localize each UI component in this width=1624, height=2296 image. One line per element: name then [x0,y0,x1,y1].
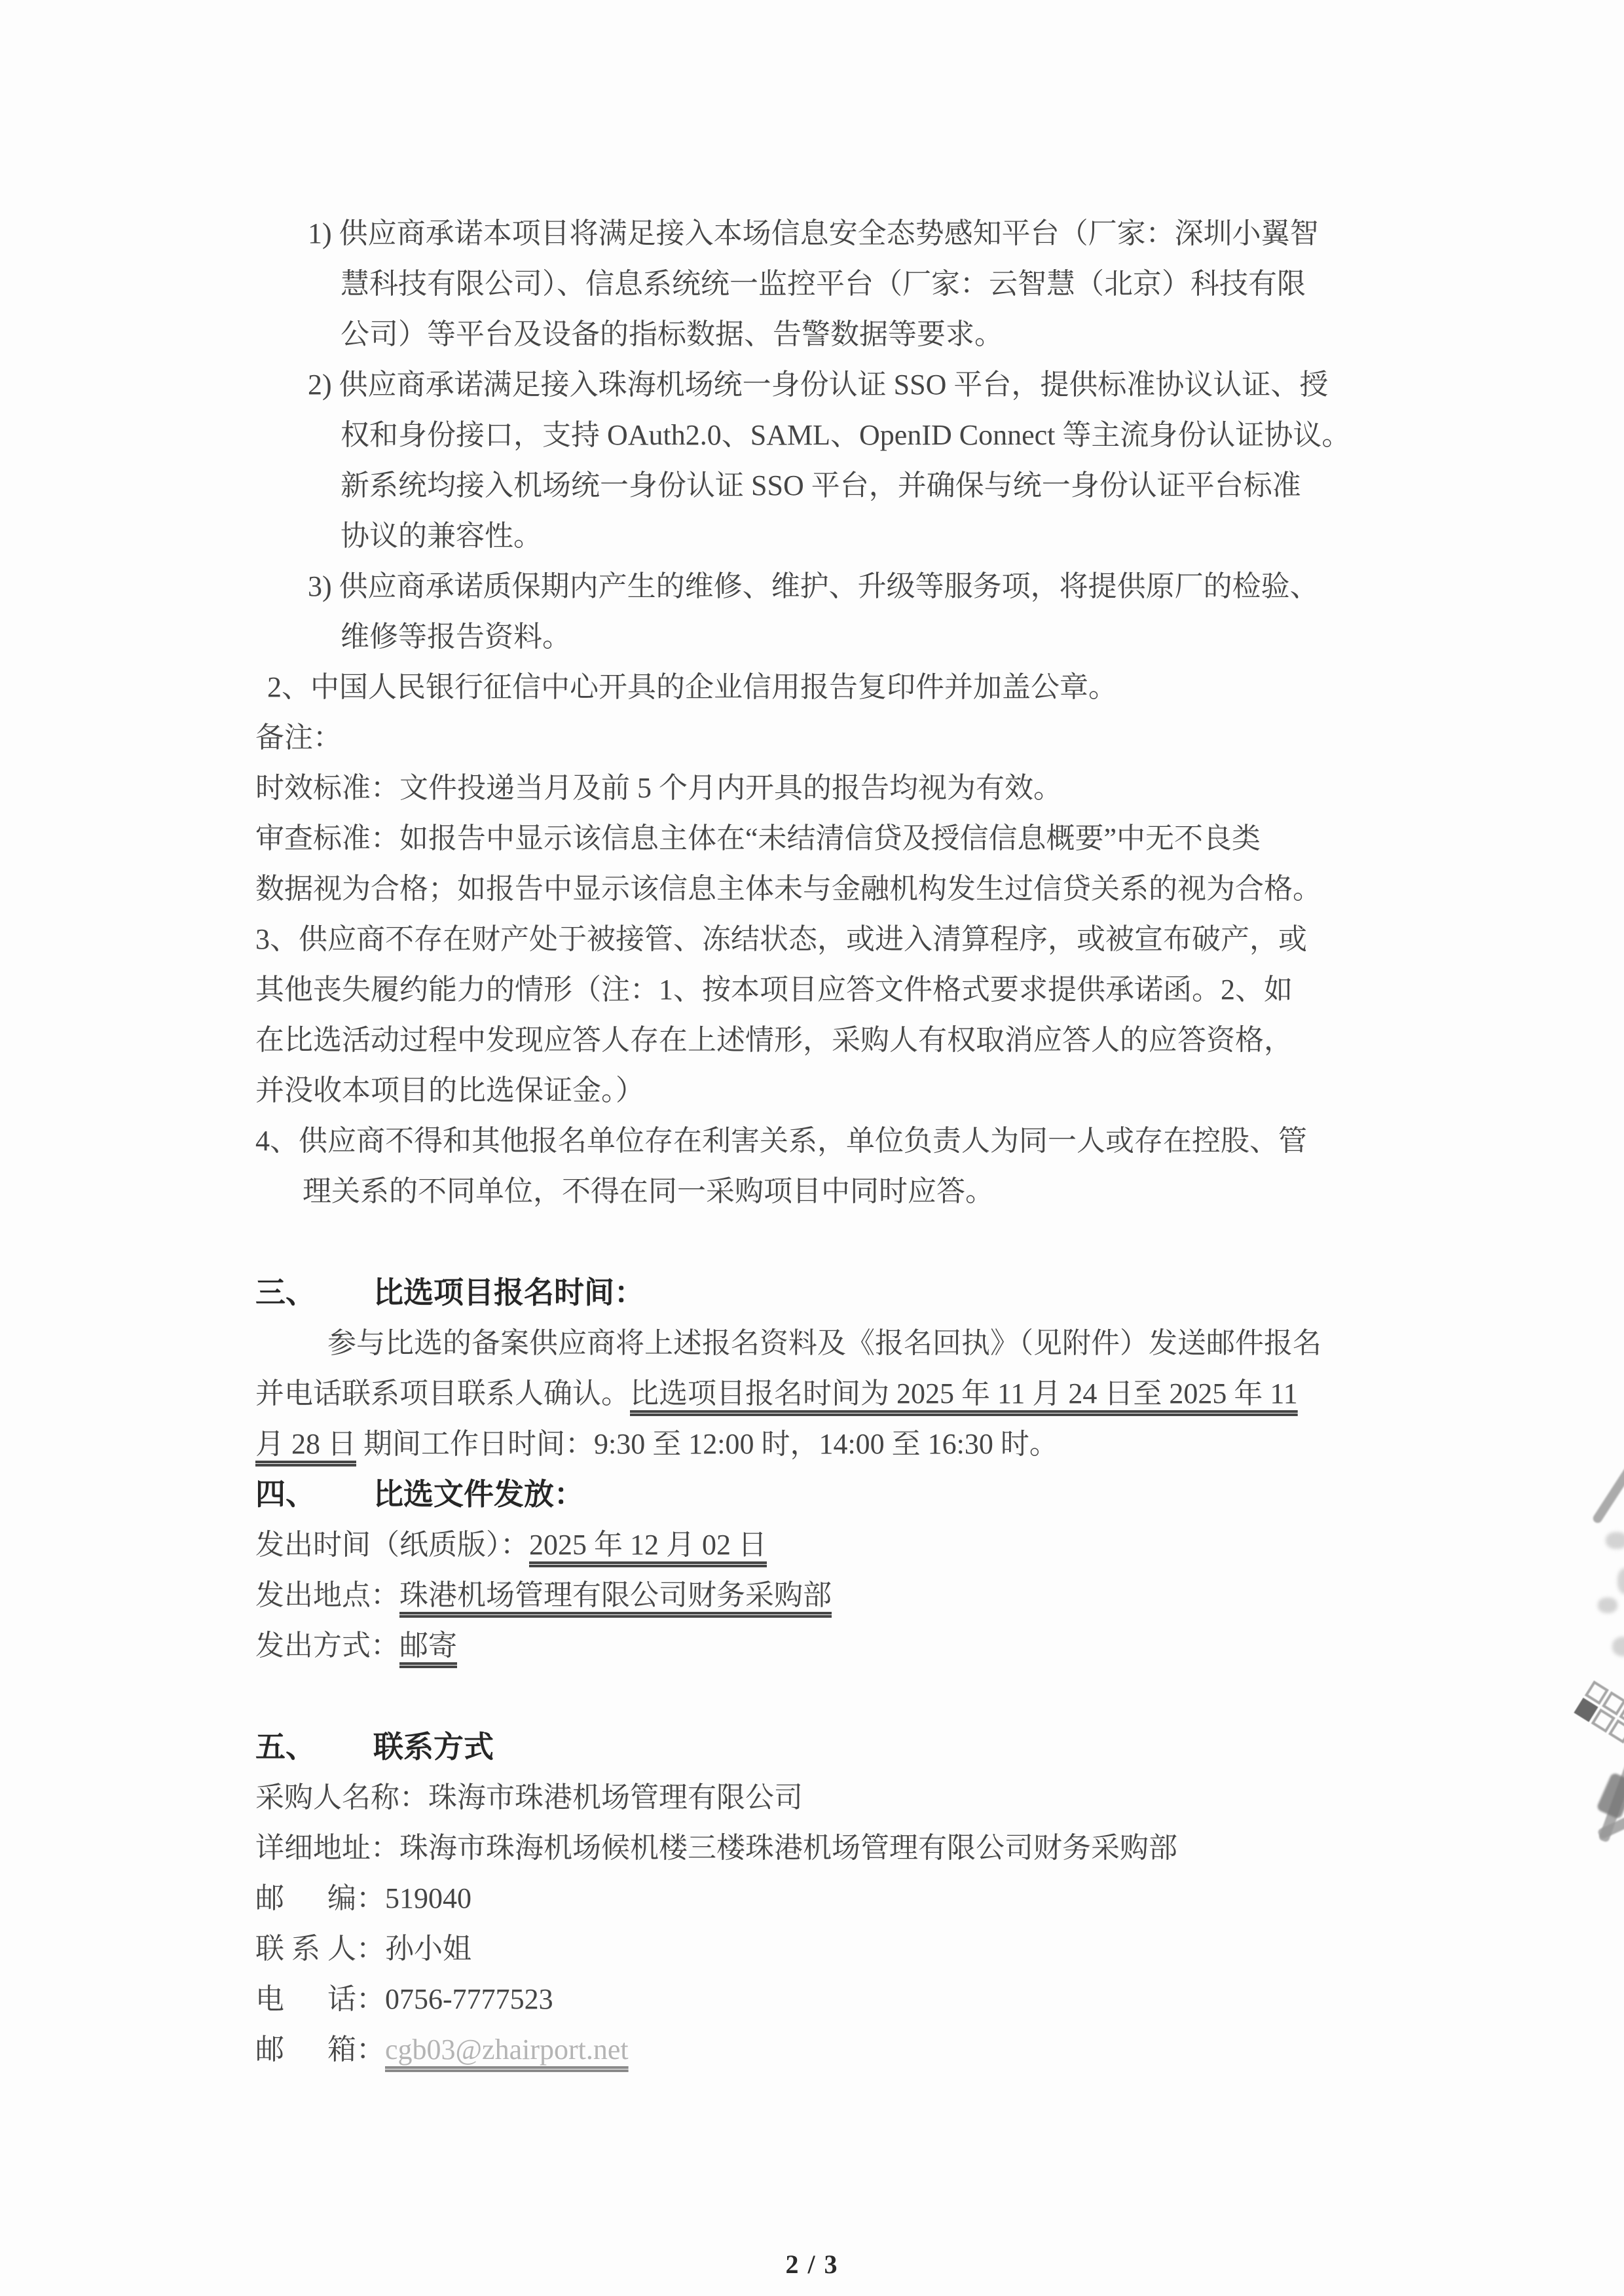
text-segment: 发出时间（纸质版）： [255,1529,529,1561]
registration-paragraph-line: 并电话联系项目联系人确认。比选项目报名时间为 2025 年 11 月 24 日至… [0,1368,1624,1419]
underlined-text: 邮寄 [399,1630,457,1662]
page-number: 2 / 3 [0,2249,1624,2280]
scanned-document-page: 1) 供应商承诺本项目将满足接入本场信息安全态势感知平台（厂家：深圳小翼智慧科技… [0,0,1624,2296]
text-segment: 理关系的不同单位，不得在同一采购项目中同时应答。 [303,1175,994,1207]
issue-date-line: 发出时间（纸质版）：2025 年 12 月 02 日 [0,1520,1624,1570]
text-segment: 比选文件发放： [373,1478,584,1511]
text-segment: 并没收本项目的比选保证金。） [255,1074,644,1106]
text-segment: 2、中国人民银行征信中心开具的企业信用报告复印件并加盖公章。 [267,671,1117,703]
text-segment: 维修等报告资料。 [341,621,571,653]
requirement-4-line: 理关系的不同单位，不得在同一采购项目中同时应答。 [0,1166,1624,1216]
text-segment: 协议的兼容性。 [341,520,542,552]
issue-place-line: 发出地点：珠港机场管理有限公司财务采购部 [0,1570,1624,1620]
text-segment: 三、 [255,1276,316,1309]
text-segment: 1) 供应商承诺本项目将满足接入本场信息安全态势感知平台（厂家：深圳小翼智 [308,217,1319,249]
list-item-1-line: 慧科技有限公司）、信息系统统一监控平台（厂家：云智慧（北京）科技有限 [0,259,1624,309]
list-item-3-line: 维修等报告资料。 [0,611,1624,662]
list-item-2-line: 协议的兼容性。 [0,511,1624,561]
text-segment: 采购人名称：珠海市珠港机场管理有限公司 [255,1781,803,1813]
section-heading-3: 三、比选项目报名时间： [0,1267,1624,1318]
buyer-name-line: 采购人名称：珠海市珠港机场管理有限公司 [0,1772,1624,1823]
requirement-3-line: 并没收本项目的比选保证金。） [0,1065,1624,1116]
text-segment: 邮 箱： [255,2033,385,2066]
text-segment: 3) 供应商承诺质保期内产生的维修、维护、升级等服务项，将提供原厂的检验、 [308,570,1319,602]
text-segment: 权和身份接口，支持 OAuth2.0、SAML、OpenID Connect 等… [341,419,1350,451]
text-segment: 发出方式： [255,1630,399,1662]
postcode-line: 邮 编：519040 [0,1873,1624,1923]
underlined-text: 2025 年 12 月 02 日 [529,1529,767,1561]
requirement-3-line: 在比选活动过程中发现应答人存在上述情形，采购人有权取消应答人的应答资格， [0,1015,1624,1065]
list-item-2-line: 2) 供应商承诺满足接入珠海机场统一身份认证 SSO 平台，提供标准协议认证、授 [0,359,1624,410]
requirement-3-line: 3、供应商不存在财产处于被接管、冻结状态，或进入清算程序，或被宣布破产，或 [0,914,1624,964]
underlined-text: 月 28 日 [255,1428,356,1460]
remark-review-line: 审查标准：如报告中显示该信息主体在“未结清信贷及授信信息概要”中无不良类 [0,813,1624,864]
text-segment: 联 系 人：孙小姐 [255,1933,471,1965]
remark-label-line: 备注： [0,712,1624,763]
remark-review-line: 数据视为合格；如报告中显示该信息主体未与金融机构发生过信贷关系的视为合格。 [0,864,1624,914]
text-segment: 其他丧失履约能力的情形（注：1、按本项目应答文件格式要求提供承诺函。2、如 [255,974,1293,1006]
text-segment: 时效标准：文件投递当月及前 5 个月内开具的报告均视为有效。 [255,772,1062,804]
list-item-2-line: 新系统均接入机场统一身份认证 SSO 平台，并确保与统一身份认证平台标准 [0,460,1624,511]
text-segment: 五、 [255,1730,316,1764]
list-item-3-line: 3) 供应商承诺质保期内产生的维修、维护、升级等服务项，将提供原厂的检验、 [0,561,1624,611]
text-segment: 发出地点： [255,1579,399,1611]
registration-paragraph-line: 参与比选的备案供应商将上述报名资料及《报名回执》（见附件）发送邮件报名 [0,1318,1624,1368]
underlined-text: 比选项目报名时间为 2025 年 11 月 24 日至 2025 年 11 [630,1377,1298,1410]
document-body: 1) 供应商承诺本项目将满足接入本场信息安全态势感知平台（厂家：深圳小翼智慧科技… [0,208,1624,2075]
address-line: 详细地址：珠海市珠海机场候机楼三楼珠港机场管理有限公司财务采购部 [0,1823,1624,1873]
contact-person-line: 联 系 人：孙小姐 [0,1923,1624,1974]
text-segment: 联系方式 [373,1730,494,1764]
remark-validity-line: 时效标准：文件投递当月及前 5 个月内开具的报告均视为有效。 [0,763,1624,813]
text-segment: 新系统均接入机场统一身份认证 SSO 平台，并确保与统一身份认证平台标准 [341,469,1301,501]
underlined-text: cgb03@zhairport.net [385,2033,629,2066]
text-segment: 邮 编：519040 [255,1882,471,1914]
text-segment: 四、 [255,1478,316,1511]
text-segment: 并电话联系项目联系人确认。 [255,1377,630,1410]
section-heading-5: 五、联系方式 [0,1722,1624,1772]
issue-method-line: 发出方式：邮寄 [0,1620,1624,1671]
text-segment: 4、供应商不得和其他报名单位存在利害关系，单位负责人为同一人或存在控股、管 [255,1125,1307,1157]
text-segment: 公司）等平台及设备的指标数据、告警数据等要求。 [341,318,1003,350]
text-segment: 审查标准：如报告中显示该信息主体在“未结清信贷及授信信息概要”中无不良类 [255,822,1261,854]
text-segment: 参与比选的备案供应商将上述报名资料及《报名回执》（见附件）发送邮件报名 [327,1327,1321,1359]
list-item-1-line: 1) 供应商承诺本项目将满足接入本场信息安全态势感知平台（厂家：深圳小翼智 [0,208,1624,259]
phone-line: 电 话：0756-7777523 [0,1974,1624,2024]
text-segment: 在比选活动过程中发现应答人存在上述情形，采购人有权取消应答人的应答资格， [255,1024,1293,1056]
text-segment: 慧科技有限公司）、信息系统统一监控平台（厂家：云智慧（北京）科技有限 [341,268,1306,300]
list-item-1-line: 公司）等平台及设备的指标数据、告警数据等要求。 [0,309,1624,359]
requirement-3-line: 其他丧失履约能力的情形（注：1、按本项目应答文件格式要求提供承诺函。2、如 [0,964,1624,1015]
registration-paragraph-line: 月 28 日 期间工作日时间：9:30 至 12:00 时，14:00 至 16… [0,1419,1624,1469]
requirement-4-line: 4、供应商不得和其他报名单位存在利害关系，单位负责人为同一人或存在控股、管 [0,1116,1624,1166]
email-line: 邮 箱：cgb03@zhairport.net [0,2024,1624,2075]
text-segment: 2) 供应商承诺满足接入珠海机场统一身份认证 SSO 平台，提供标准协议认证、授 [308,369,1328,401]
list-item-2-line: 权和身份接口，支持 OAuth2.0、SAML、OpenID Connect 等… [0,410,1624,460]
text-segment: 3、供应商不存在财产处于被接管、冻结状态，或进入清算程序，或被宣布破产，或 [255,923,1307,955]
text-segment: 电 话：0756-7777523 [255,1983,553,2015]
text-segment: 期间工作日时间：9:30 至 12:00 时，14:00 至 16:30 时。 [356,1428,1058,1460]
underlined-text: 珠港机场管理有限公司财务采购部 [399,1579,832,1611]
text-segment: 比选项目报名时间： [373,1276,644,1309]
requirement-2-line: 2、中国人民银行征信中心开具的企业信用报告复印件并加盖公章。 [0,662,1624,712]
text-segment: 详细地址：珠海市珠海机场候机楼三楼珠港机场管理有限公司财务采购部 [255,1832,1177,1864]
text-segment: 数据视为合格；如报告中显示该信息主体未与金融机构发生过信贷关系的视为合格。 [255,873,1321,905]
section-heading-4: 四、比选文件发放： [0,1469,1624,1520]
text-segment: 备注： [255,721,342,754]
